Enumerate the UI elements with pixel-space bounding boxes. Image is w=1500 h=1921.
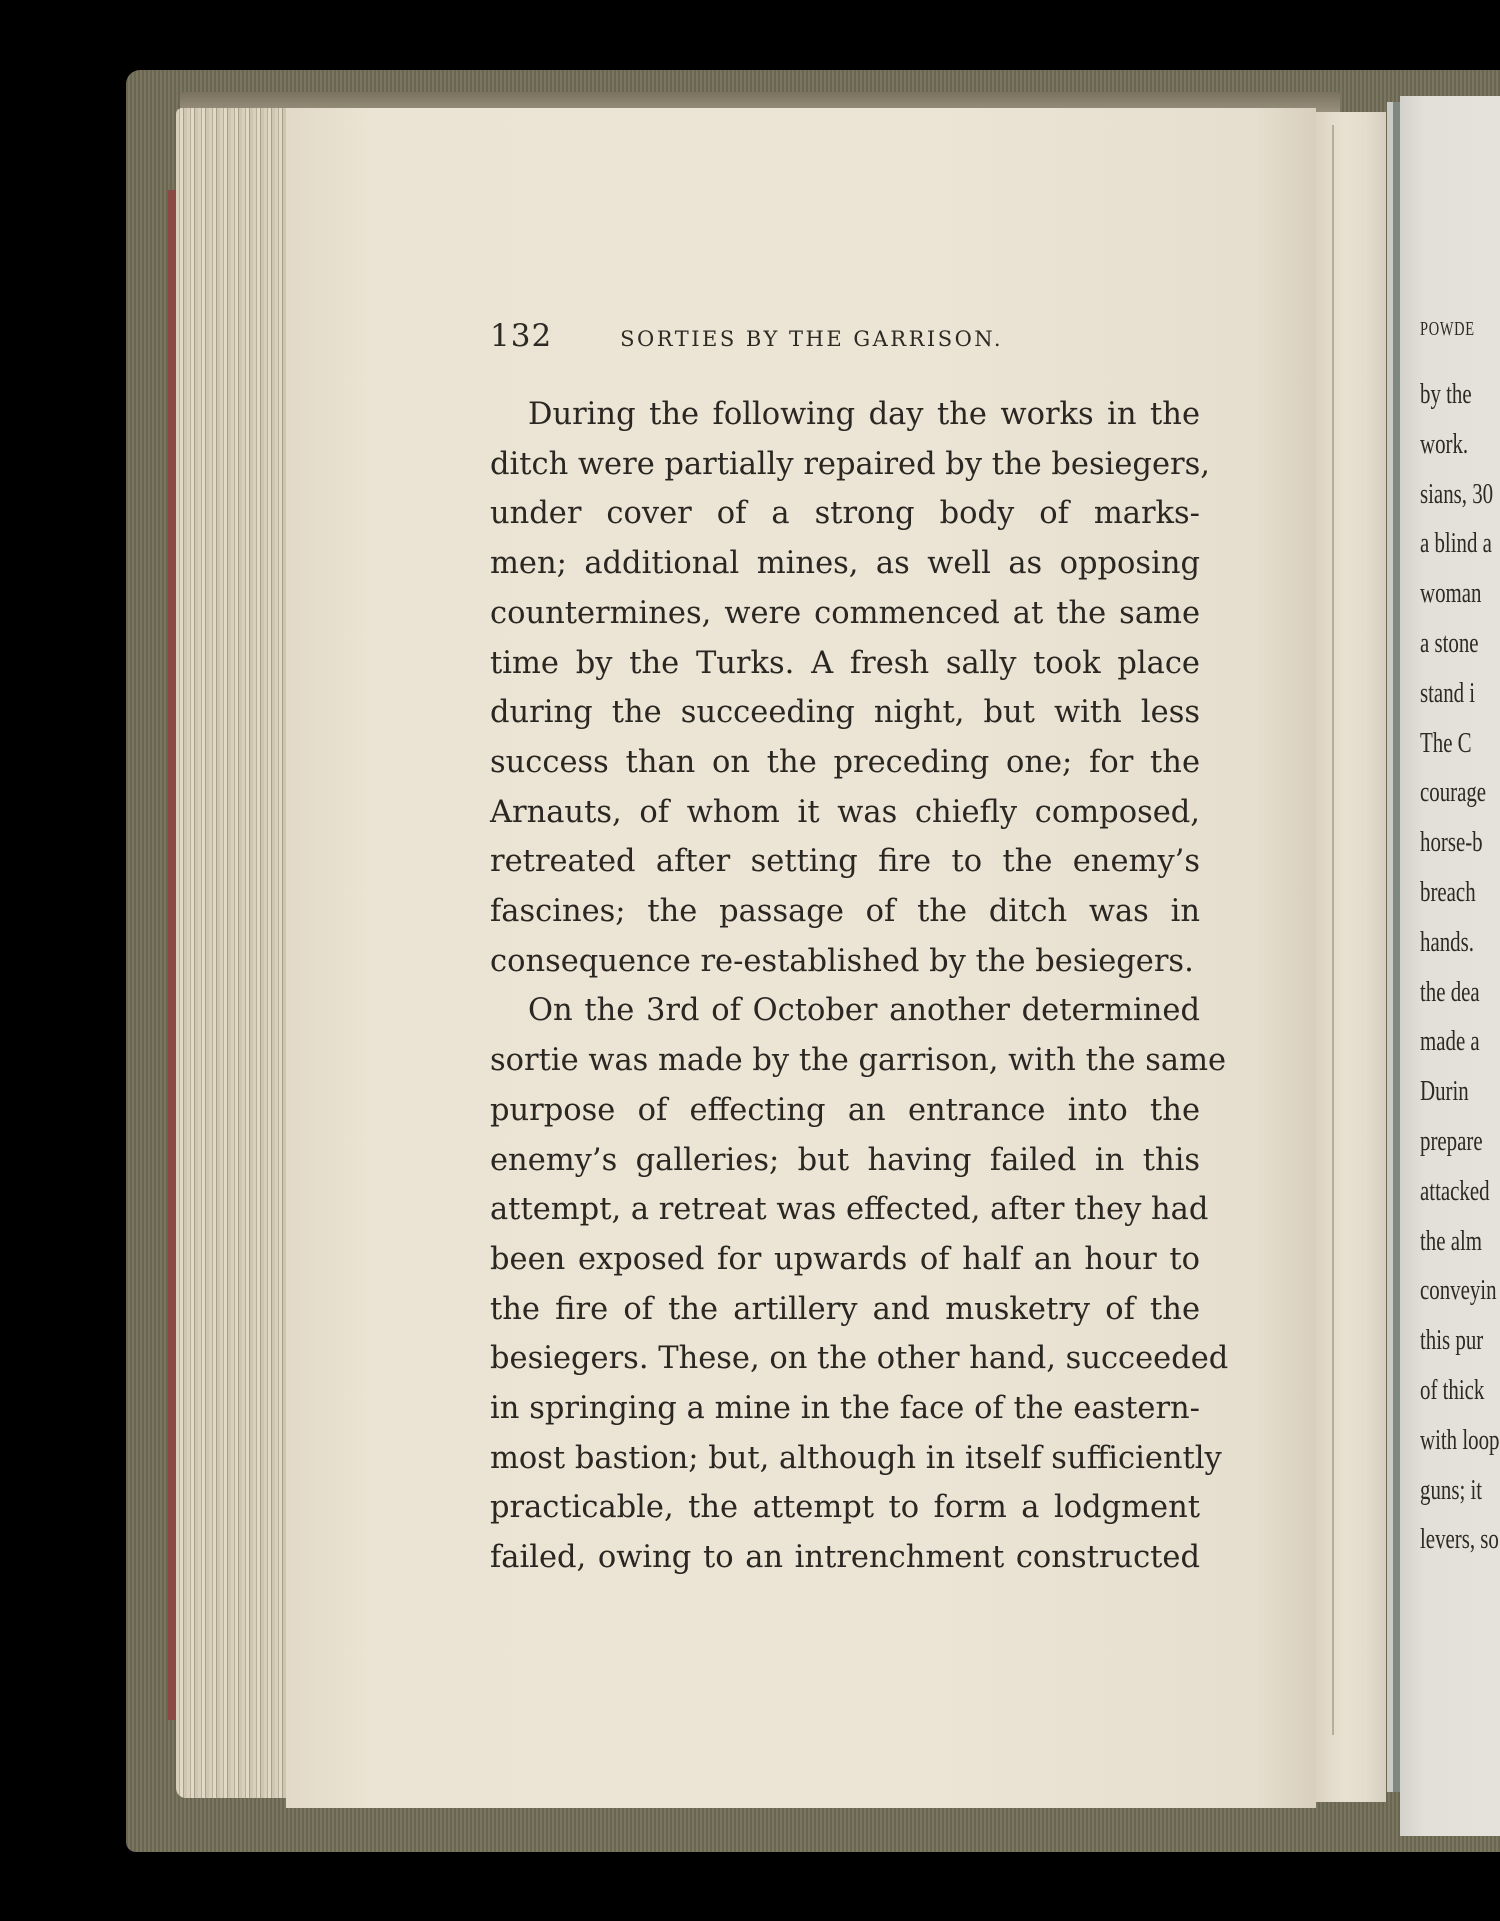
text-line: fascines; the passage of the ditch was i… — [490, 887, 1200, 937]
gutter-fold-line — [1332, 125, 1334, 1735]
text-line: attempt, a retreat was effected, after t… — [490, 1185, 1200, 1235]
right-page — [1400, 96, 1500, 1836]
text-line: failed, owing to an intrenchment constru… — [490, 1533, 1200, 1583]
right-text-line: courage — [1420, 776, 1486, 809]
right-text-line: woman — [1420, 577, 1481, 610]
right-text-line: The C — [1420, 727, 1472, 760]
right-text-line: the alm — [1420, 1225, 1482, 1258]
right-text-line: prepare — [1420, 1125, 1483, 1158]
text-line: success than on the preceding one; for t… — [490, 738, 1200, 788]
text-line: in springing a mine in the face of the e… — [490, 1384, 1200, 1434]
text-line: On the 3rd of October another determined — [490, 986, 1200, 1036]
body-text: During the following day the works in th… — [490, 390, 1200, 1583]
text-line: countermines, were commenced at the same — [490, 589, 1200, 639]
text-line: sortie was made by the garrison, with th… — [490, 1036, 1200, 1086]
right-text-line: attacked — [1420, 1175, 1490, 1208]
right-text-line: breach — [1420, 876, 1476, 909]
page-number: 132 — [490, 318, 552, 354]
text-line: ditch were partially repaired by the bes… — [490, 440, 1200, 490]
right-text-line: conveyin — [1420, 1274, 1497, 1307]
right-text-line: Durin — [1420, 1075, 1469, 1108]
text-line: time by the Turks. A fresh sally took pl… — [490, 639, 1200, 689]
right-text-line: with loop — [1420, 1424, 1499, 1457]
text-line: men; additional mines, as well as opposi… — [490, 539, 1200, 589]
running-head: 132 SORTIES BY THE GARRISON. — [490, 318, 1210, 362]
page-block-edges — [176, 108, 288, 1798]
text-line: been exposed for upwards of half an hour… — [490, 1235, 1200, 1285]
right-text-line: horse-b — [1420, 826, 1483, 859]
right-text-line: the dea — [1420, 976, 1480, 1009]
red-page-edge — [168, 190, 176, 1720]
text-line: besiegers. These, on the other hand, suc… — [490, 1334, 1200, 1384]
right-text-line: made a — [1420, 1025, 1480, 1058]
right-text-line: of thick — [1420, 1374, 1484, 1407]
text-line: consequence re-established by the besieg… — [490, 937, 1200, 987]
right-text-line: sians, 30 — [1420, 478, 1493, 511]
chapter-title: SORTIES BY THE GARRISON. — [620, 327, 1003, 351]
text-line: retreated after setting fire to the enem… — [490, 837, 1200, 887]
right-text-line: by the — [1420, 378, 1472, 411]
text-line: during the succeeding night, but with le… — [490, 688, 1200, 738]
text-line: During the following day the works in th… — [490, 390, 1200, 440]
text-line: enemy’s galleries; but having failed in … — [490, 1136, 1200, 1186]
binding-rule-dark — [1393, 102, 1400, 1792]
text-line: most bastion; but, although in itself su… — [490, 1434, 1200, 1484]
text-line: practicable, the attempt to form a lodgm… — [490, 1483, 1200, 1533]
right-text-line: a blind a — [1420, 527, 1492, 560]
right-text-line: stand i — [1420, 677, 1475, 710]
text-line: purpose of effecting an entrance into th… — [490, 1086, 1200, 1136]
right-text-line: guns; it — [1420, 1474, 1482, 1507]
right-text-line: work. — [1420, 428, 1468, 461]
gutter — [1316, 112, 1386, 1802]
text-line: under cover of a strong body of marks- — [490, 489, 1200, 539]
right-text-line: a stone — [1420, 627, 1479, 660]
text-line: Arnauts, of whom it was chiefly composed… — [490, 788, 1200, 838]
right-running-head: POWDE — [1420, 318, 1475, 341]
right-text-line: levers, so — [1420, 1523, 1499, 1556]
right-text-line: this pur — [1420, 1324, 1483, 1357]
right-text-line: hands. — [1420, 926, 1474, 959]
text-line: the fire of the artillery and musketry o… — [490, 1285, 1200, 1335]
